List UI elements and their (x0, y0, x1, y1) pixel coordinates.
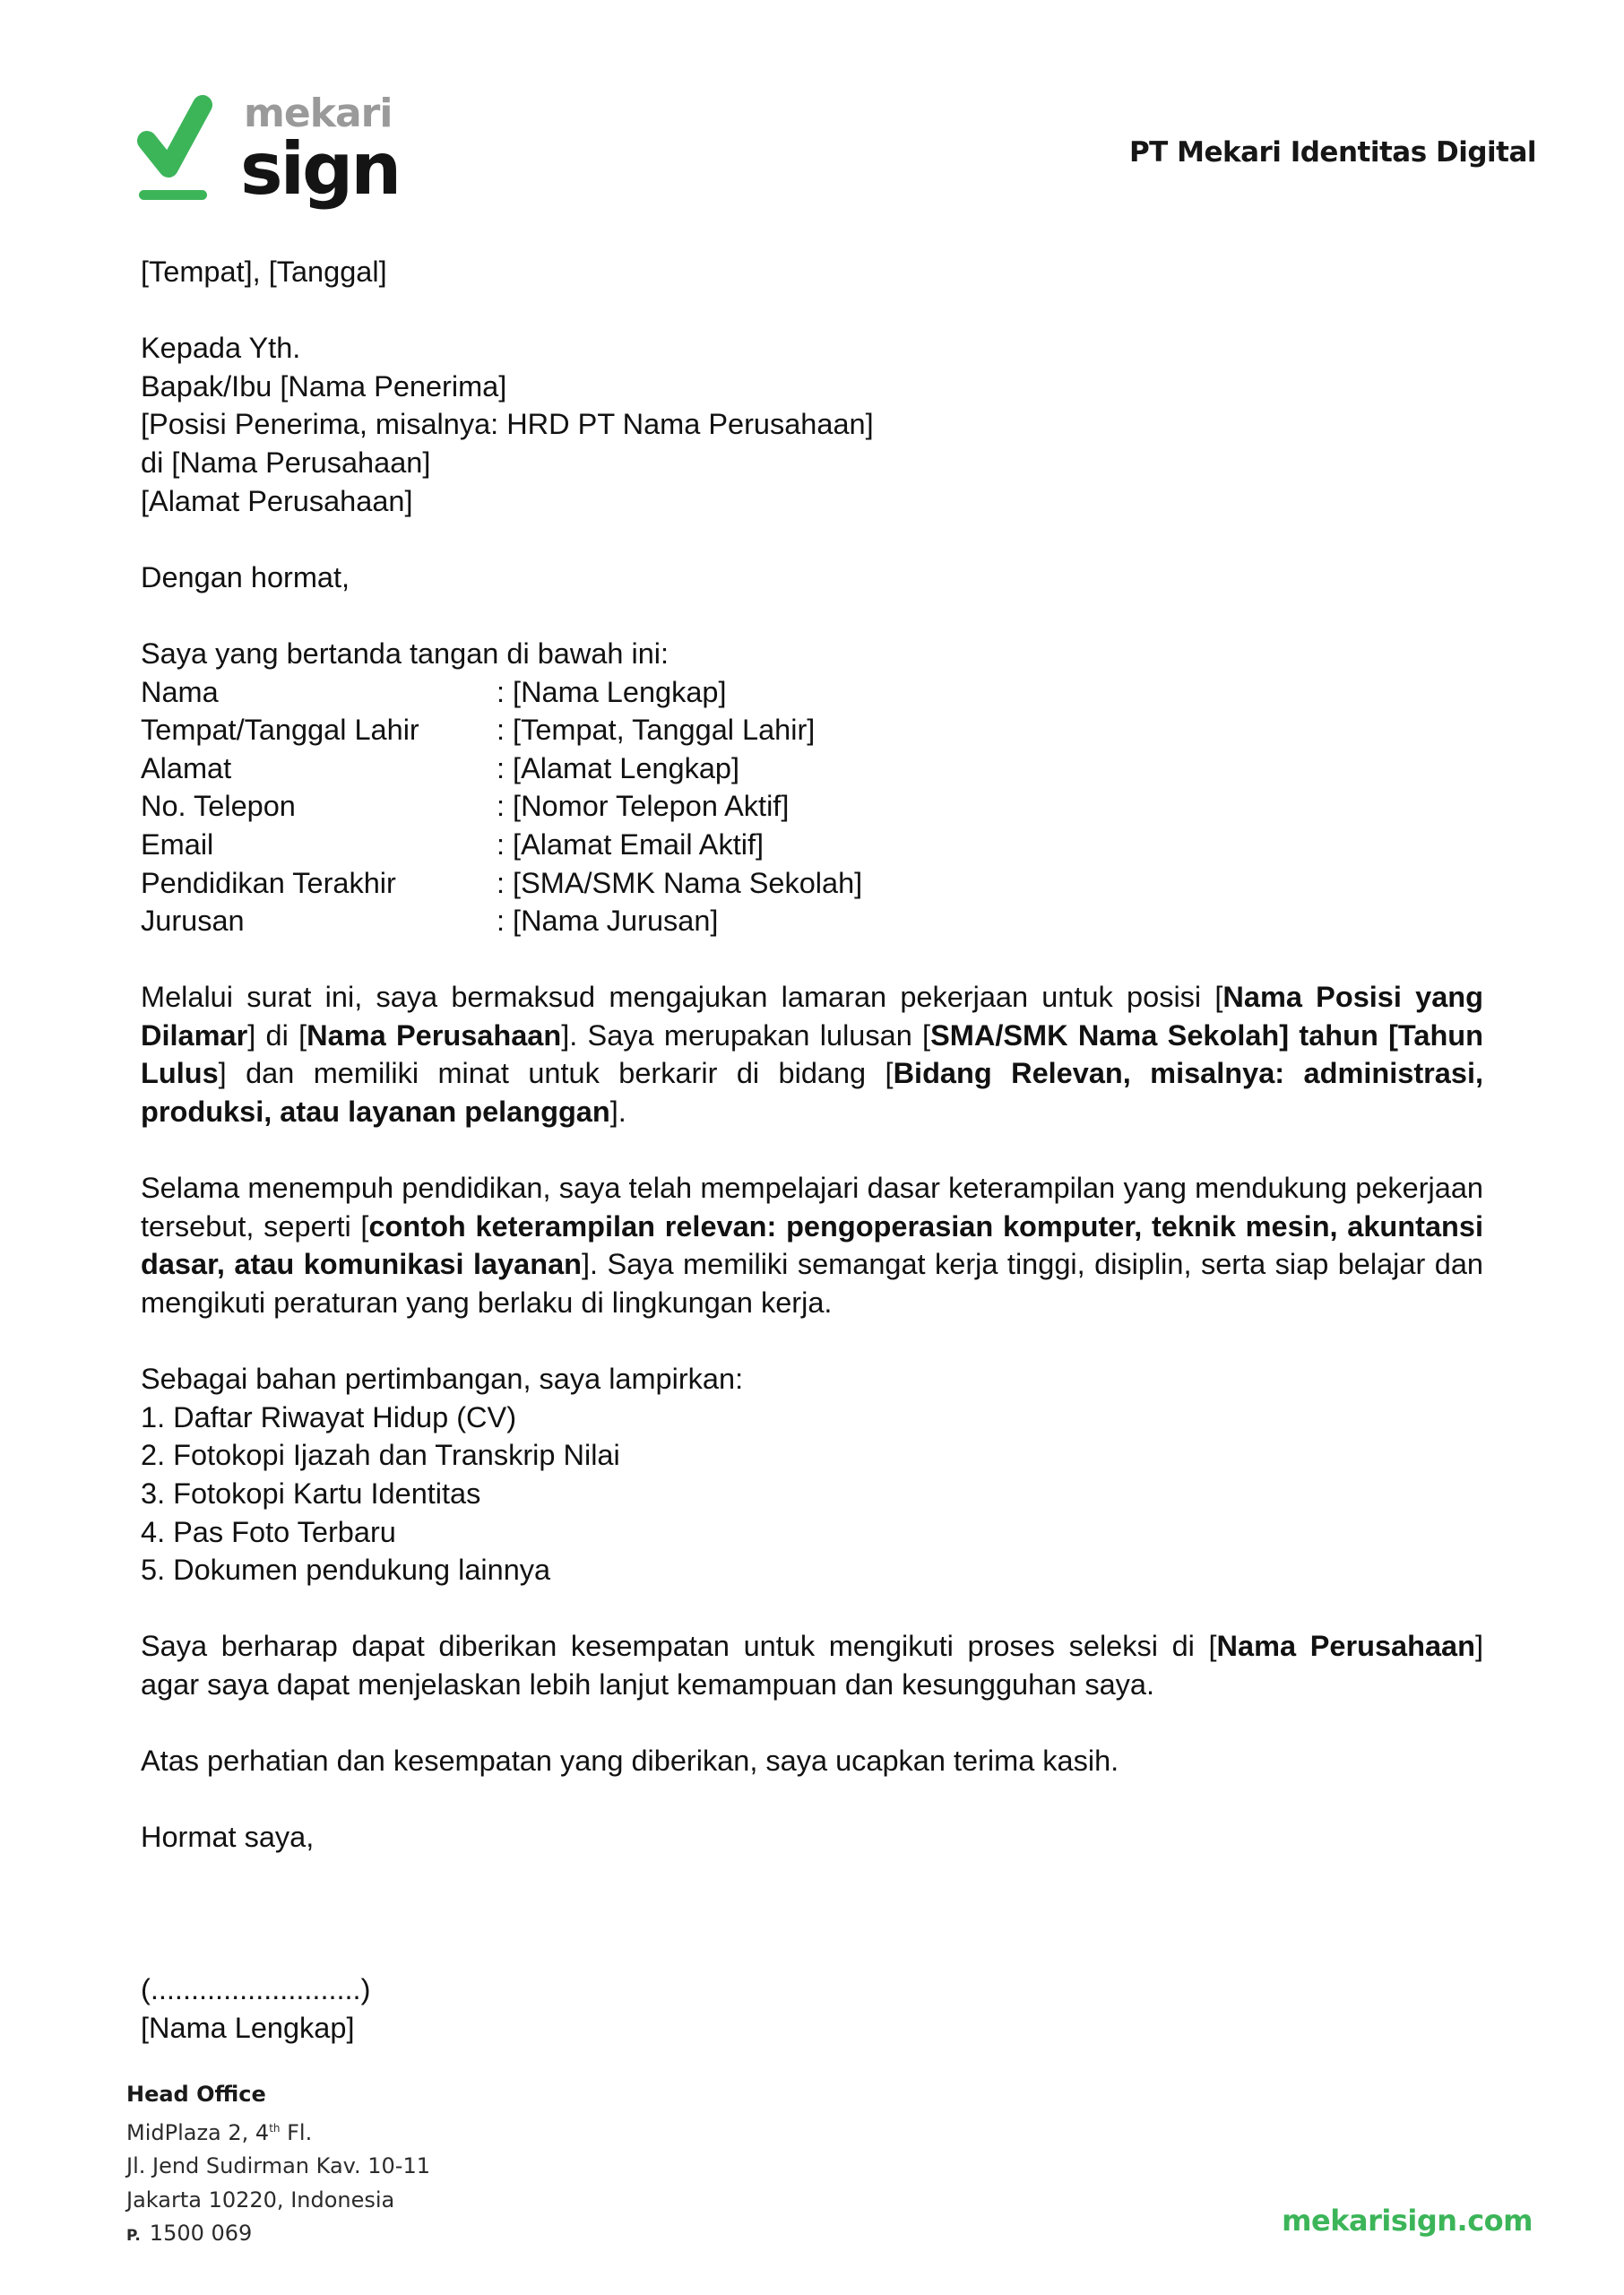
identity-value: : [Alamat Lengkap] (497, 749, 739, 788)
closing: Hormat saya, (141, 1818, 1483, 1857)
identity-row: Jurusan: [Nama Jurusan] (141, 902, 1483, 940)
identity-row: Nama: [Nama Lengkap] (141, 673, 1483, 712)
signature-line: (..........................) (141, 1970, 1483, 2009)
identity-label: Tempat/Tanggal Lahir (141, 711, 497, 749)
recipient-line: Bapak/Ibu [Nama Penerima] (141, 368, 1483, 406)
identity-label: Alamat (141, 749, 497, 788)
attachments-list: 1. Daftar Riwayat Hidup (CV) 2. Fotokopi… (141, 1399, 1483, 1589)
identity-row: Alamat: [Alamat Lengkap] (141, 749, 1483, 788)
footer-address: Head Office MidPlaza 2, 4th Fl. Jl. Jend… (126, 2078, 430, 2254)
paragraph-application: Melalui surat ini, saya bermaksud mengaj… (141, 978, 1483, 1130)
identity-value: : [Nama Jurusan] (497, 902, 718, 940)
attachment-item: 5. Dokumen pendukung lainnya (141, 1551, 1483, 1589)
phone-number: 1500 069 (150, 2221, 253, 2246)
attachment-item: 2. Fotokopi Ijazah dan Transkrip Nilai (141, 1436, 1483, 1475)
attachment-item: 4. Pas Foto Terbaru (141, 1513, 1483, 1552)
attachment-item: 1. Daftar Riwayat Hidup (CV) (141, 1399, 1483, 1437)
attachments-intro: Sebagai bahan pertimbangan, saya lampirk… (141, 1360, 1483, 1399)
attachment-item: 3. Fotokopi Kartu Identitas (141, 1475, 1483, 1513)
identity-label: Pendidikan Terakhir (141, 864, 497, 903)
identity-row: No. Telepon: [Nomor Telepon Aktif] (141, 787, 1483, 826)
letter-body: [Tempat], [Tanggal] Kepada Yth. Bapak/Ib… (141, 253, 1483, 2047)
identity-intro: Saya yang bertanda tangan di bawah ini: (141, 635, 1483, 673)
identity-value: : [Tempat, Tanggal Lahir] (497, 711, 815, 749)
recipient-line: [Alamat Perusahaan] (141, 482, 1483, 521)
paragraph-skills: Selama menempuh pendidikan, saya telah m… (141, 1169, 1483, 1321)
identity-value: : [Alamat Email Aktif] (497, 826, 764, 864)
identity-row: Email: [Alamat Email Aktif] (141, 826, 1483, 864)
identity-value: : [Nomor Telepon Aktif] (497, 787, 789, 826)
paragraph-hope: Saya berharap dapat diberikan kesempatan… (141, 1627, 1483, 1703)
footer-address-line: MidPlaza 2, 4th Fl. (126, 2112, 430, 2151)
recipient-line: [Posisi Penerima, misalnya: HRD PT Nama … (141, 405, 1483, 444)
signer-name: [Nama Lengkap] (141, 2009, 1483, 2048)
identity-label: Email (141, 826, 497, 864)
mekari-sign-logo: mekari sign (134, 94, 403, 220)
recipient-line: di [Nama Perusahaan] (141, 444, 1483, 482)
check-underline-icon (134, 94, 220, 206)
footer-address-line: Jl. Jend Sudirman Kav. 10-11 (126, 2150, 430, 2184)
identity-value: : [Nama Lengkap] (497, 673, 727, 712)
identity-label: No. Telepon (141, 787, 497, 826)
company-name: PT Mekari Identitas Digital (1129, 136, 1536, 169)
recipient-block: Kepada Yth. Bapak/Ibu [Nama Penerima] [P… (141, 329, 1483, 520)
identity-row: Pendidikan Terakhir: [SMA/SMK Nama Sekol… (141, 864, 1483, 903)
identity-row: Tempat/Tanggal Lahir: [Tempat, Tanggal L… (141, 711, 1483, 749)
identity-label: Nama (141, 673, 497, 712)
identity-value: : [SMA/SMK Nama Sekolah] (497, 864, 862, 903)
footer-address-line: Jakarta 10220, Indonesia (126, 2184, 430, 2218)
logo-wordmark-sign: sign (240, 134, 399, 205)
phone-prefix: P. (126, 2227, 141, 2245)
identity-table: Nama: [Nama Lengkap] Tempat/Tanggal Lahi… (141, 673, 1483, 940)
closing-thanks: Atas perhatian dan kesempatan yang diber… (141, 1742, 1483, 1780)
salutation: Dengan hormat, (141, 559, 1483, 597)
footer-phone: P.1500 069 (126, 2217, 430, 2254)
website-link[interactable]: mekarisign.com (1282, 2204, 1533, 2238)
footer-heading: Head Office (126, 2078, 430, 2112)
identity-label: Jurusan (141, 902, 497, 940)
place-date: [Tempat], [Tanggal] (141, 253, 1483, 291)
recipient-line: Kepada Yth. (141, 329, 1483, 368)
